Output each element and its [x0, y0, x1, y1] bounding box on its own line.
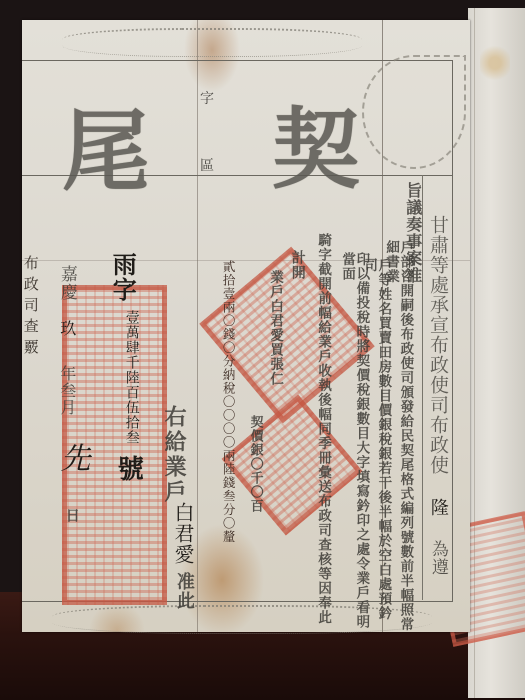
- title-character-qi: 契: [272, 80, 360, 206]
- center-mark-bottom: 區: [200, 155, 214, 175]
- recipient-label: 右給業戶: [162, 405, 185, 505]
- issuer-title: 甘肅等處承宣布政使司布政使: [427, 215, 447, 475]
- contract-tail-document: 契 尾 字 區 甘肅等處承宣布政使司布政使 隆 為遵 旨議奏事案准 戶部咨開嗣後…: [22, 20, 470, 632]
- buyer-line: 業戶白君愛買張仁: [268, 270, 282, 386]
- left-margin-half-character-strip: 布政司查覈: [22, 255, 38, 360]
- center-mark-top: 字: [200, 88, 214, 108]
- era-name: 嘉慶: [57, 265, 75, 301]
- serial-suffix: 號: [114, 455, 141, 482]
- body-column-3: 印以備投稅時將契價稅銀數目大字填寫鈐印之處令業戶看明當面: [340, 252, 368, 632]
- handwritten-signature: 先: [56, 442, 88, 473]
- scroll-ornament-top: [62, 28, 362, 57]
- serial-number: 壹萬肆千陸百伍拾叁: [124, 310, 139, 445]
- serial-character: 雨字: [110, 252, 135, 302]
- year-month: 年叁月: [58, 365, 75, 416]
- recipient-name: 白君愛: [172, 502, 193, 565]
- corner-ornament: [362, 55, 466, 169]
- issuer-name-handwritten: 隆: [428, 498, 447, 517]
- title-character-wei: 尾: [62, 82, 150, 208]
- paper-stain: [480, 38, 510, 88]
- recipient-tag: 准此: [174, 572, 193, 610]
- day-mark: 日: [64, 508, 79, 523]
- tax-amount-line: 貳拾壹兩〇錢〇分納稅〇〇〇〇兩陸錢叁分〇釐: [222, 260, 235, 544]
- era-year: 玖: [58, 320, 75, 337]
- price-line: 契價銀〇千〇百: [248, 415, 262, 513]
- body-column-4: 騎字截開前幅給業戶收執後幅同季冊彙送布政司查核等因奉此: [316, 233, 330, 625]
- issuer-suffix: 為遵: [428, 540, 446, 576]
- itemized-label: 計開: [290, 250, 305, 280]
